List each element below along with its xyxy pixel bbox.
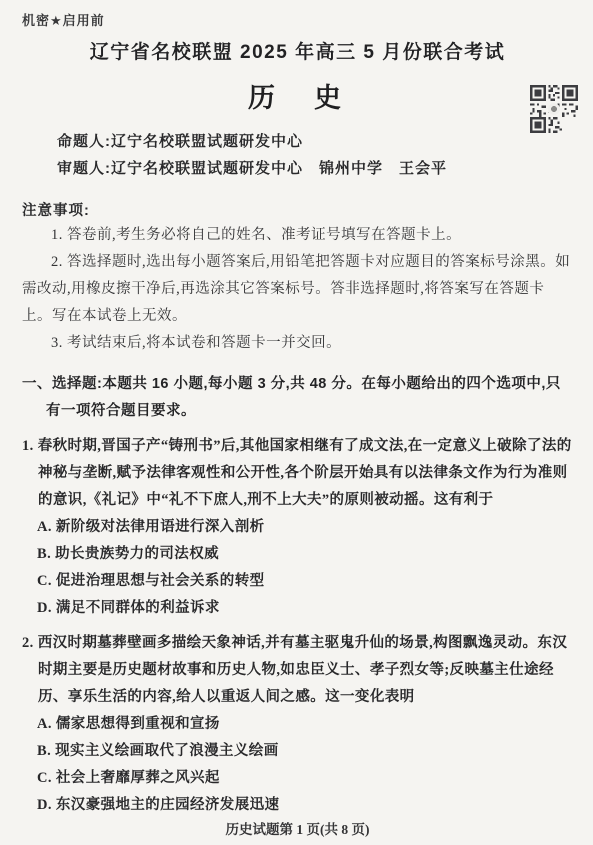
question-2-number: 2. — [22, 635, 34, 651]
option-text: 促进治理思想与社会关系的转型 — [56, 573, 265, 589]
setter-label: 命题人: — [57, 133, 111, 150]
exam-paper-page: 机密★启用前 辽宁省名校联盟 2025 年高三 5 月份联合考试 历 史 — [0, 0, 593, 845]
option-label: C. — [37, 770, 52, 786]
question-2-text: 西汉时期墓葬壁画多描绘天象神话,并有墓主驱鬼升仙的场景,构图飘逸灵动。东汉时期主… — [38, 635, 568, 705]
option-text: 社会上奢靡厚葬之风兴起 — [56, 770, 220, 786]
question-2-option-d: D.东汉豪强地主的庄园经济发展迅速 — [37, 792, 573, 819]
qr-code — [530, 84, 578, 134]
option-text: 现实主义绘画取代了浪漫主义绘画 — [55, 743, 279, 759]
option-text: 满足不同群体的利益诉求 — [56, 600, 220, 616]
question-1: 1.春秋时期,晋国子产“铸刑书”后,其他国家相继有了成文法,在一定意义上破除了法… — [22, 433, 573, 622]
question-2-stem: 2.西汉时期墓葬壁画多描绘天象神话,并有墓主驱鬼升仙的场景,构图飘逸灵动。东汉时… — [22, 630, 573, 711]
reviewer-school: 锦州中学 — [319, 160, 383, 177]
option-label: D. — [37, 797, 52, 813]
option-text: 东汉豪强地主的庄园经济发展迅速 — [56, 797, 280, 813]
option-label: C. — [37, 573, 52, 589]
option-text: 新阶级对法律用语进行深入剖析 — [56, 519, 265, 535]
option-label: A. — [37, 716, 52, 732]
question-1-option-d: D.满足不同群体的利益诉求 — [37, 595, 573, 622]
setter-line: 命题人:辽宁名校联盟试题研发中心 — [57, 128, 573, 155]
subject-title: 历 史 — [248, 76, 347, 120]
option-text: 儒家思想得到重视和宣扬 — [56, 716, 220, 732]
question-1-text: 春秋时期,晋国子产“铸刑书”后,其他国家相继有了成文法,在一定意义上破除了法的神… — [38, 438, 572, 508]
authors-block: 命题人:辽宁名校联盟试题研发中心 审题人:辽宁名校联盟试题研发中心锦州中学王会平 — [57, 128, 573, 182]
subject-row: 历 史 — [22, 76, 573, 120]
question-1-option-a: A.新阶级对法律用语进行深入剖析 — [37, 514, 573, 541]
question-2-option-a: A.儒家思想得到重视和宣扬 — [37, 711, 573, 738]
question-1-option-c: C.促进治理思想与社会关系的转型 — [37, 568, 573, 595]
question-2: 2.西汉时期墓葬壁画多描绘天象神话,并有墓主驱鬼升仙的场景,构图飘逸灵动。东汉时… — [22, 630, 573, 819]
option-label: A. — [37, 519, 52, 535]
notice-item-3: 3. 考试结束后,将本试卷和答题卡一并交回。 — [22, 330, 573, 357]
exam-title: 辽宁省名校联盟 2025 年高三 5 月份联合考试 — [22, 40, 573, 66]
option-text: 助长贵族势力的司法权威 — [55, 546, 219, 562]
classification-label: 机密★启用前 — [22, 12, 573, 30]
question-1-option-b: B.助长贵族势力的司法权威 — [37, 541, 573, 568]
option-label: B. — [37, 546, 51, 562]
notice-item-1: 1. 答卷前,考生务必将自己的姓名、准考证号填写在答题卡上。 — [22, 222, 573, 249]
option-label: D. — [37, 600, 52, 616]
section-heading: 一、选择题:本题共 16 小题,每小题 3 分,共 48 分。在每小题给出的四个… — [22, 371, 573, 425]
question-1-stem: 1.春秋时期,晋国子产“铸刑书”后,其他国家相继有了成文法,在一定意义上破除了法… — [22, 433, 573, 514]
notice-heading: 注意事项: — [22, 200, 573, 222]
notice-item-2: 2. 答选择题时,选出每小题答案后,用铅笔把答题卡对应题目的答案标号涂黑。如需改… — [22, 249, 573, 330]
setter-value: 辽宁名校联盟试题研发中心 — [111, 133, 303, 150]
question-1-number: 1. — [22, 438, 34, 454]
reviewer-line: 审题人:辽宁名校联盟试题研发中心锦州中学王会平 — [57, 155, 573, 182]
reviewer-name: 王会平 — [399, 160, 447, 177]
reviewer-label: 审题人: — [57, 160, 111, 177]
question-2-option-c: C.社会上奢靡厚葬之风兴起 — [37, 765, 573, 792]
page-number-footer: 历史试题第 1 页(共 8 页) — [22, 820, 573, 840]
question-2-option-b: B.现实主义绘画取代了浪漫主义绘画 — [37, 738, 573, 765]
option-label: B. — [37, 743, 51, 759]
reviewer-value: 辽宁名校联盟试题研发中心 — [111, 160, 303, 177]
